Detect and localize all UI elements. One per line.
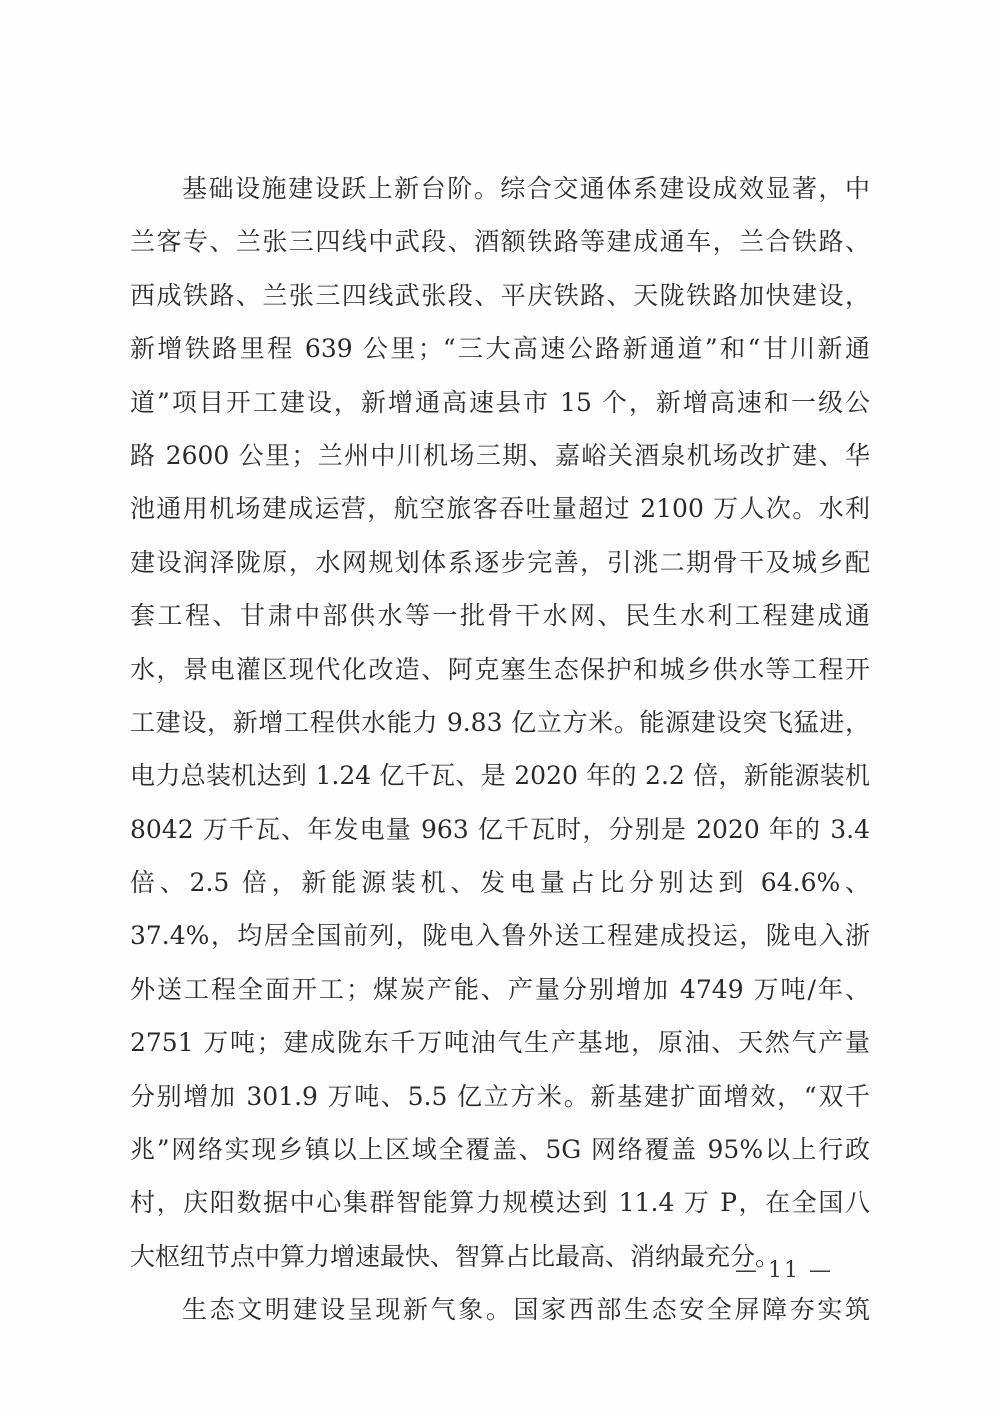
text-line: 新增铁路里程 639 公里；“三大高速公路新通道”和“甘川新通 [130,322,870,375]
paragraph-infrastructure: 基础设施建设跃上新台阶。综合交通体系建设成效显著，中 兰客专、兰张三四线中武段、… [130,162,870,1283]
text-line: 水，景电灌区现代化改造、阿克塞生态保护和城乡供水等工程开 [130,643,870,696]
body-text: 基础设施建设跃上新台阶。综合交通体系建设成效显著，中 兰客专、兰张三四线中武段、… [130,162,870,1337]
page-number: — 11 — [735,1258,833,1283]
text-line: 兰客专、兰张三四线中武段、酒额铁路等建成通车，兰合铁路、 [130,215,870,268]
text-line: 生态文明建设呈现新气象。国家西部生态安全屏障夯实筑 [130,1283,870,1336]
text-line: 套工程、甘肃中部供水等一批骨干水网、民生水利工程建成通 [130,589,870,642]
text-line: 基础设施建设跃上新台阶。综合交通体系建设成效显著，中 [130,162,870,215]
text-line: 工建设，新增工程供水能力 9.83 亿立方米。能源建设突飞猛进， [130,696,870,749]
paragraph-ecology: 生态文明建设呈现新气象。国家西部生态安全屏障夯实筑 [130,1283,870,1336]
text-line: 分别增加 301.9 万吨、5.5 亿立方米。新基建扩面增效，“双千 [130,1070,870,1123]
text-line: 外送工程全面开工；煤炭产能、产量分别增加 4749 万吨/年、 [130,963,870,1016]
text-line: 倍、2.5 倍，新能源装机、发电量占比分别达到 64.6%、 [130,856,870,909]
text-line: 道”项目开工建设，新增通高速县市 15 个，新增高速和一级公 [130,376,870,429]
text-line: 37.4%，均居全国前列，陇电入鲁外送工程建成投运，陇电入浙 [130,909,870,962]
text-line: 2751 万吨；建成陇东千万吨油气生产基地，原油、天然气产量 [130,1016,870,1069]
text-line: 电力总装机达到 1.24 亿千瓦、是 2020 年的 2.2 倍，新能源装机 [130,749,870,802]
text-line: 兆”网络实现乡镇以上区域全覆盖、5G 网络覆盖 95%以上行政 [130,1123,870,1176]
document-page: 基础设施建设跃上新台阶。综合交通体系建设成效显著，中 兰客专、兰张三四线中武段、… [0,0,1000,1414]
text-line: 8042 万千瓦、年发电量 963 亿千瓦时，分别是 2020 年的 3.4 [130,803,870,856]
text-line: 池通用机场建成运营，航空旅客吞吐量超过 2100 万人次。水利 [130,482,870,535]
text-line: 村，庆阳数据中心集群智能算力规模达到 11.4 万 P，在全国八 [130,1176,870,1229]
text-line: 建设润泽陇原，水网规划体系逐步完善，引洮二期骨干及城乡配 [130,536,870,589]
text-line: 路 2600 公里；兰州中川机场三期、嘉峪关酒泉机场改扩建、华 [130,429,870,482]
text-line: 西成铁路、兰张三四线武张段、平庆铁路、天陇铁路加快建设， [130,269,870,322]
